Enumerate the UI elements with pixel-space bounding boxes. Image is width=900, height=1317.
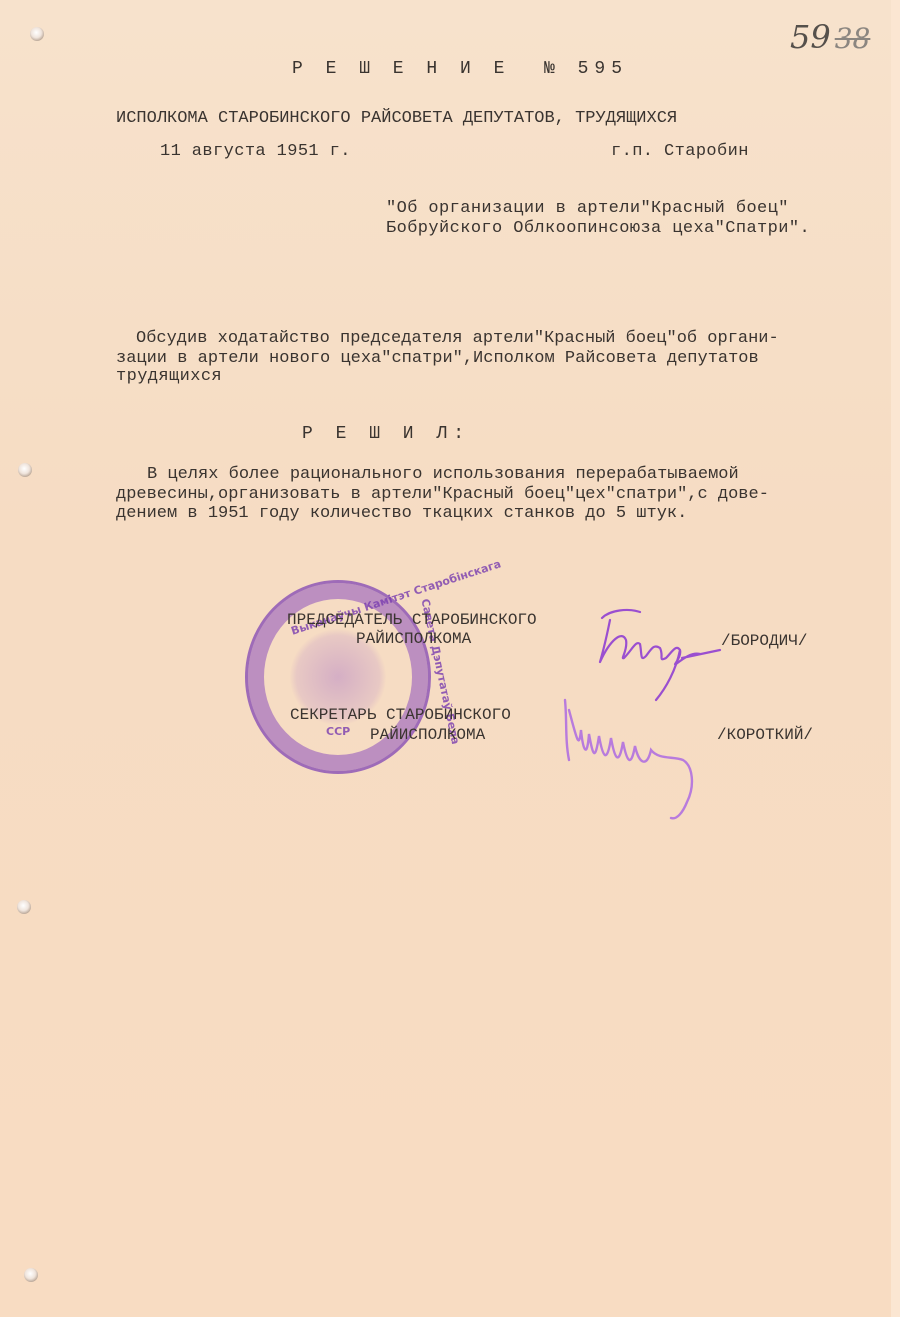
subject-line-1: "Об организации в артели"Красный боец" <box>386 200 789 218</box>
chairman-title-line-2: РАЙИСПОЛКОМА <box>356 630 471 648</box>
preamble-line-2: зации в артели нового цеха"спатри",Испол… <box>116 350 759 368</box>
decision-line-2: древесины,организовать в артели"Красный … <box>116 486 769 504</box>
binder-hole-icon <box>24 1268 38 1282</box>
issuer-line: ИСПОЛКОМА СТАРОБИНСКОГО РАЙСОВЕТА ДЕПУТА… <box>116 110 677 128</box>
binder-hole-icon <box>17 900 31 914</box>
official-seal-stamp: Выканаўчы Камітэт Старобінскага Савета Д… <box>245 580 431 774</box>
preamble-line-3: трудящихся <box>116 368 222 386</box>
decision-line-3: дением в 1951 году количество ткацких ст… <box>116 505 687 523</box>
crossed-page-number: 38 <box>835 22 871 55</box>
decision-line-1: В целях более рационального использовани… <box>147 466 739 484</box>
secretary-title-line-2: РАЙИСПОЛКОМА <box>370 726 485 744</box>
page-number: 59 <box>790 18 831 56</box>
subject-line-2: Бобруйского Облкоопинсоюза цеха"Спатри". <box>386 220 810 238</box>
secretary-name: /КОРОТКИЙ/ <box>717 726 813 744</box>
chairman-name: /БОРОДИЧ/ <box>721 632 807 650</box>
document-date: 11 августа 1951 г. <box>160 143 351 161</box>
binder-hole-icon <box>30 27 44 41</box>
secretary-title-line-1: СЕКРЕТАРЬ СТАРОБИНСКОГО <box>290 706 511 724</box>
archive-page-number: 5938 <box>790 18 870 56</box>
chairman-title-line-1: ПРЕДСЕДАТЕЛЬ СТАРОБИНСКОГО <box>287 611 537 629</box>
decided-heading: Р Е Ш И Л: <box>302 425 470 443</box>
stamp-text-center: ССР <box>326 725 350 738</box>
document-place: г.п. Старобин <box>611 143 749 161</box>
page-edge <box>891 0 900 1317</box>
document-page <box>0 0 892 1317</box>
preamble-line-1: Обсудив ходатайство председателя артели"… <box>136 330 779 348</box>
binder-hole-icon <box>18 463 32 477</box>
secretary-signature-icon <box>555 690 715 830</box>
document-title: Р Е Ш Е Н И Е № 595 <box>292 60 628 78</box>
